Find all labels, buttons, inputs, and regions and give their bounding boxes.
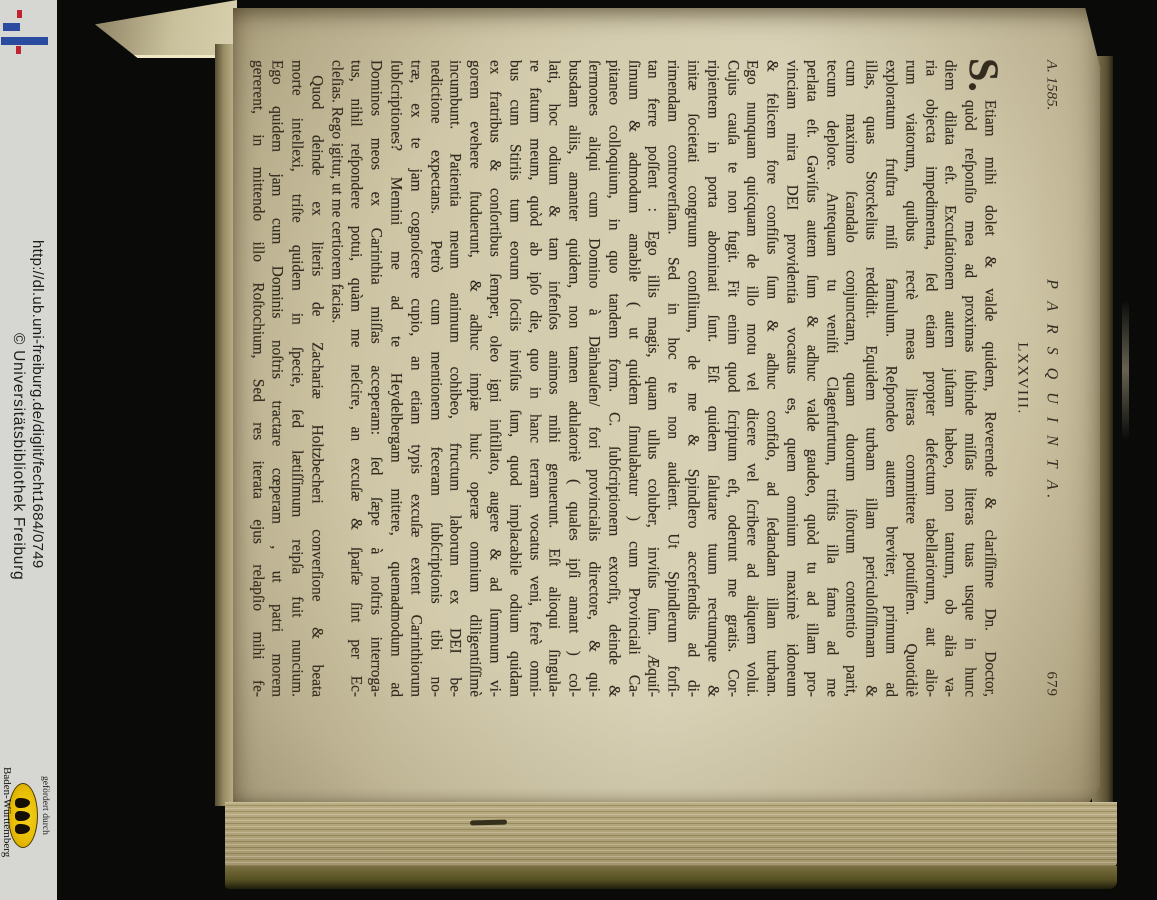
scan-photo-area: A. 1585. P A R S Q U I N T A. 679 LXXVII… bbox=[57, 0, 1157, 900]
viewer-sidebar: http://dl.ub.uni-freiburg.de/diglit/fech… bbox=[0, 0, 57, 900]
text-line: ſermones aliqui cum Domino à Dänhauſen/ … bbox=[583, 60, 603, 697]
text-line: perlata eſt. Gaviſus autem ſum & adhuc v… bbox=[801, 60, 821, 697]
watermark-copyright: © Universitätsbibliothek Freiburg bbox=[7, 333, 27, 633]
watermark-url: http://dl.ub.uni-freiburg.de/diglit/fech… bbox=[26, 240, 46, 642]
text-line: rimendam controverſiam. Sed in hoc te no… bbox=[662, 60, 682, 697]
text-line: tus, nihil reſpondere potui, quàm me neſ… bbox=[346, 60, 366, 697]
text-line: cleſias. Rego igitur, ut me certiorem fa… bbox=[326, 60, 346, 697]
scanned-page: A. 1585. P A R S Q U I N T A. 679 LXXVII… bbox=[233, 8, 1100, 802]
text-line: ripientem in porta abominati ſunt. Eſt q… bbox=[702, 60, 722, 697]
text-line: incumbunt. Patientia meum animum cohibeo… bbox=[445, 60, 465, 697]
text-line: ria objecta impedimenta, ſed etiam propt… bbox=[920, 60, 940, 697]
book-bottom-page-edges bbox=[225, 802, 1117, 868]
logo-red-square-top bbox=[17, 10, 22, 18]
text-line: tecum deplore. Antequam tu veniſti Clage… bbox=[821, 60, 841, 697]
text-line: lati, hoc odium & tam infenſos animos mi… bbox=[544, 60, 564, 697]
funder-caption: gefördert durch bbox=[38, 776, 50, 850]
logo-blue-bar-long bbox=[1, 37, 48, 45]
text-line: initæ ſocietati congruum conſilium, de m… bbox=[682, 60, 702, 697]
running-head: P A R S Q U I N T A. bbox=[1042, 279, 1060, 503]
text-line: Cujus cauſa te non fugit. Fit enim quod … bbox=[722, 60, 742, 697]
page-header-row: A. 1585. P A R S Q U I N T A. 679 bbox=[1042, 60, 1060, 697]
text-line: pitaneo colloquium, in quo tandem form. … bbox=[603, 60, 623, 697]
text-line: ex fratribus & conſortibus ſemper, oleo … bbox=[484, 60, 504, 697]
page-number: 679 bbox=[1042, 671, 1059, 697]
text-line: cum maximo ſcandalo conjunctam, quam duo… bbox=[841, 60, 861, 697]
text-line: diem dilata eſt. Excuſationem autem juſt… bbox=[940, 60, 960, 697]
logo-blue-bar-short bbox=[3, 23, 20, 31]
text-line: Ego nunquam quicquam de illo motu vel di… bbox=[742, 60, 762, 697]
text-line: ſubſcriptiones? Memini me ad te Heydelbe… bbox=[385, 60, 405, 697]
text-line: Etiam mihi dolet & valde quidem, Reveren… bbox=[979, 60, 999, 697]
text-line: exploratum fruſtra miſi famulum. Reſpond… bbox=[880, 60, 900, 697]
text-line: morte intellexi, triſte quidem in ſpecie… bbox=[286, 60, 306, 697]
text-line: tan ferre poſſent : Ego illis magis, qua… bbox=[643, 60, 663, 697]
text-line: Quod deinde ex literis de Zachariæ Holtz… bbox=[306, 60, 326, 697]
year-note: A. 1585. bbox=[1042, 60, 1059, 110]
text-line: vinciam mira DEI providentia vocatus es,… bbox=[781, 60, 801, 697]
digitized-book-viewer: { "sidebar": { "bg_color": "#d6d6d3", "l… bbox=[0, 0, 1157, 900]
text-line: gorem evehere ſtuduerunt, & adhuc impiæ … bbox=[464, 60, 484, 697]
text-line: ſimum & admodum amabile ( ut quidem ſimu… bbox=[623, 60, 643, 697]
logo-red-square-bottom bbox=[16, 46, 21, 54]
book-fore-edge-strip bbox=[215, 44, 234, 806]
text-line: illas, quas Storckelius reddidit. Equide… bbox=[860, 60, 880, 697]
text-line: Dominos meos ex Carinthia miſſas acceper… bbox=[366, 60, 386, 697]
crest-lion-icon bbox=[16, 824, 31, 834]
text-line: bus cum Stiriis tum eorum ſociis inviſus… bbox=[504, 60, 524, 697]
crest-lion-icon bbox=[16, 798, 31, 808]
letter-number-heading: LXXVIII. bbox=[1013, 60, 1030, 697]
edge-highlight bbox=[1122, 300, 1129, 440]
letter-body-text: Etiam mihi dolet & valde quidem, Reveren… bbox=[247, 60, 999, 697]
page-upright-content: A. 1585. P A R S Q U I N T A. 679 LXXVII… bbox=[233, 8, 1100, 802]
text-line: quòd reſponſio mea ad proximas ſubinde m… bbox=[959, 60, 979, 697]
text-line: træ, ex te jam cognoſcere cupio, an etia… bbox=[405, 60, 425, 697]
text-line: nedictione expectans. Petrò cum mentione… bbox=[425, 60, 445, 697]
text-line: rum viatorum, quibus rectè meas literas … bbox=[900, 60, 920, 697]
text-line: gererent, in mittendo illo Roſtochium, S… bbox=[247, 60, 267, 697]
ink-mark-on-edge bbox=[470, 820, 507, 826]
book-bottom-cover-band bbox=[225, 866, 1117, 889]
funder-region-label: Baden-Württemberg bbox=[0, 767, 13, 889]
crest-lion-icon bbox=[16, 811, 31, 821]
text-line: Ego quidem jam cum Dominis noſtris tract… bbox=[267, 60, 287, 697]
text-line: re fatum meum, quòd ab ipſo die, quo in … bbox=[524, 60, 544, 697]
text-line: & felicem fore confiſus ſum & adhuc conf… bbox=[761, 60, 781, 697]
text-line: busdam aliis, amanter quidem, non tamen … bbox=[563, 60, 583, 697]
